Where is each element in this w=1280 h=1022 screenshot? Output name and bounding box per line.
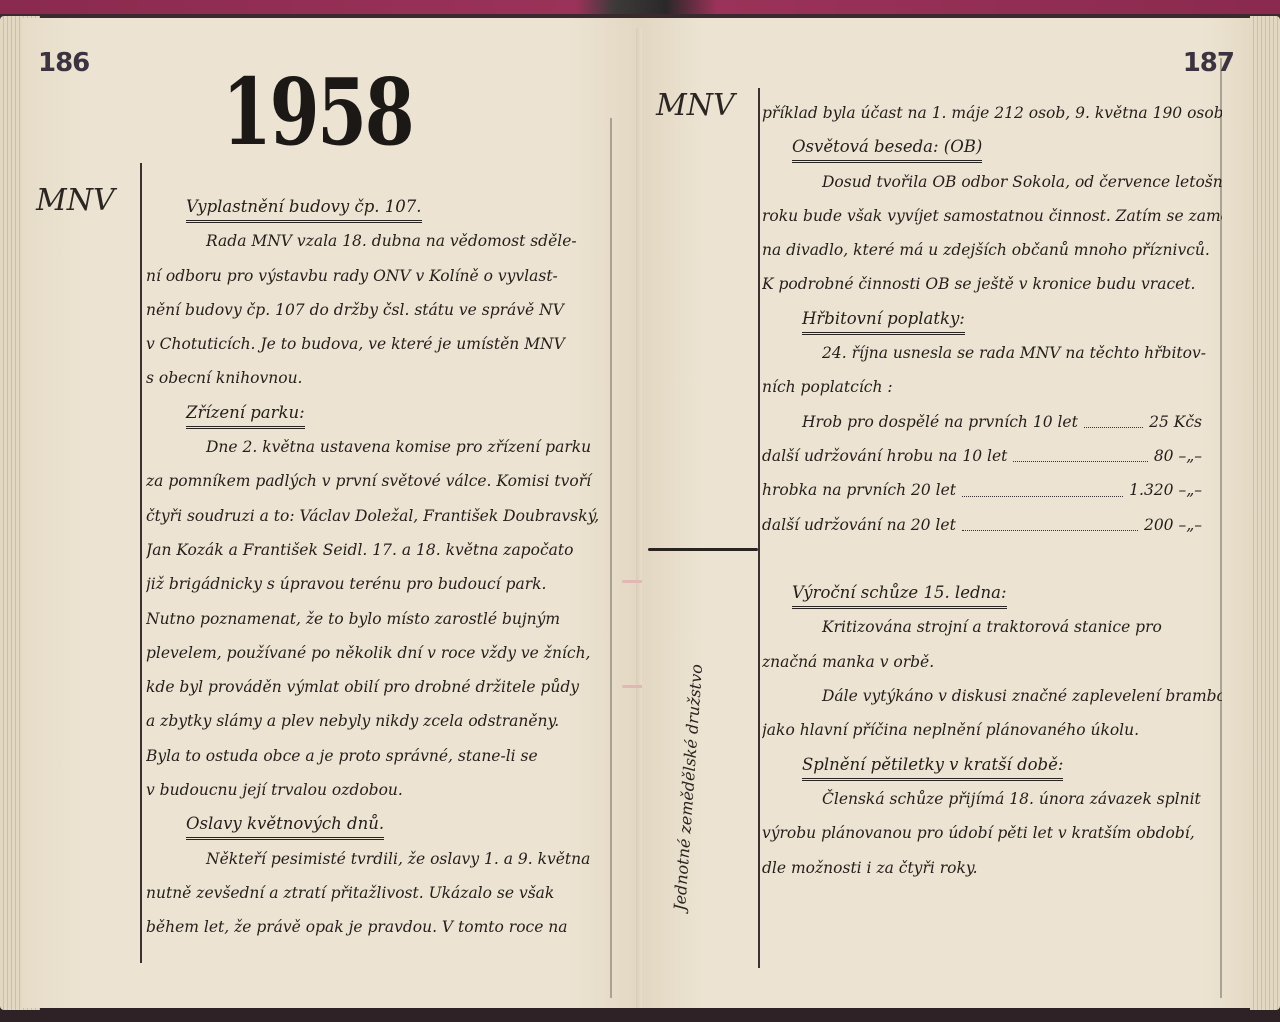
page-number-right: 187 [1183, 48, 1234, 78]
leader-dots [1084, 405, 1143, 428]
text-line: ních poplatcích : [762, 370, 1222, 404]
margin-label-mnv: MNV [36, 183, 115, 218]
text-line: v Chotuticích. Je to budova, ve které je… [146, 327, 616, 361]
section-3: Oslavy květnových dnů. [146, 807, 616, 841]
text-line: dle možnosti i za čtyři roky. [762, 851, 1222, 885]
fee-row: Hrob pro dospělé na prvních 10 let25 Kčs [762, 405, 1202, 439]
text-line: čtyři soudruzi a to: Václav Doležal, Fra… [146, 499, 616, 533]
margin-rule [758, 88, 760, 968]
text-line: Byla to ostuda obce a je proto správné, … [146, 739, 616, 773]
text-line: příklad byla účast na 1. máje 212 osob, … [762, 96, 1222, 130]
fee-item: další udržování na 20 let [762, 508, 956, 542]
text-line: K podrobné činnosti OB se ještě v kronic… [762, 267, 1222, 301]
text-line: Nutno poznamenat, že to bylo místo zaros… [146, 602, 616, 636]
text-line: Dne 2. května ustavena komise pro zřízen… [146, 430, 616, 464]
fee-item: další udržování hrobu na 10 let [762, 439, 1007, 473]
fee-amount: 200 –„– [1144, 508, 1202, 542]
fee-row: hrobka na prvních 20 let1.320 –„– [762, 473, 1202, 507]
fee-row: další udržování na 20 let200 –„– [762, 508, 1202, 542]
text-line: 24. října usnesla se rada MNV na těchto … [762, 336, 1222, 370]
text-line: nutně zevšední a ztratí přitažlivost. Uk… [146, 876, 616, 910]
leader-dots [1013, 439, 1147, 462]
text-line: ní odboru pro výstavbu rady ONV v Kolíně… [146, 259, 616, 293]
book-cover-bottom [0, 1008, 1280, 1022]
year-heading: 1958 [222, 58, 412, 166]
left-text-column: Vyplastnění budovy čp. 107. Rada MNV vza… [146, 190, 616, 945]
section-heading: Osvětová beseda: (OB) [792, 134, 982, 163]
leader-dots [962, 508, 1138, 531]
section-heading: Vyplastnění budovy čp. 107. [186, 194, 422, 223]
right-text-column: příklad byla účast na 1. máje 212 osob, … [762, 96, 1222, 885]
fee-item: Hrob pro dospělé na prvních 10 let [802, 405, 1078, 439]
fee-amount: 80 –„– [1154, 439, 1202, 473]
text-line: kde byl prováděn výmlat obilí pro drobné… [146, 670, 616, 704]
text-line: nění budovy čp. 107 do držby čsl. státu … [146, 293, 616, 327]
margin-rule [140, 163, 142, 963]
text-line: Členská schůze přijímá 18. února závazek… [762, 782, 1222, 816]
blank-line [762, 542, 1222, 576]
text-line: roku bude však vyvíjet samostatnou činno… [762, 199, 1222, 233]
section-heading: Výroční schůze 15. ledna: [792, 580, 1007, 609]
page-number-left: 186 [38, 48, 89, 78]
margin-divider [648, 548, 758, 551]
fee-amount: 1.320 –„– [1129, 473, 1202, 507]
left-page: 186 1958 MNV Vyplastnění budovy čp. 107.… [22, 18, 642, 1008]
right-page: 187 MNV příklad byla účast na 1. máje 21… [642, 18, 1252, 1008]
section-annual-meeting: Výroční schůze 15. ledna: [762, 576, 1222, 610]
text-line: Dosud tvořila OB odbor Sokola, od červen… [762, 165, 1222, 199]
text-line: jako hlavní příčina neplnění plánovaného… [762, 713, 1222, 747]
text-line: Rada MNV vzala 18. dubna na vědomost sdě… [146, 224, 616, 258]
section-heading: Zřízení parku: [186, 400, 305, 429]
text-line: a zbytky slámy a plev nebyly nikdy zcela… [146, 704, 616, 738]
section-2: Zřízení parku: [146, 396, 616, 430]
text-line: Dále vytýkáno v diskusi značné zaplevele… [762, 679, 1222, 713]
fee-amount: 25 Kčs [1149, 405, 1202, 439]
text-line: Někteří pesimisté tvrdili, že oslavy 1. … [146, 842, 616, 876]
text-line: výrobu plánovanou pro údobí pěti let v k… [762, 816, 1222, 850]
section-heading: Hřbitovní poplatky: [802, 306, 965, 335]
text-line: značná manka v orbě. [762, 645, 1222, 679]
text-line: během let, že právě opak je pravdou. V t… [146, 910, 616, 944]
text-line: Jan Kozák a František Seidl. 17. a 18. k… [146, 533, 616, 567]
fee-row: další udržování hrobu na 10 let80 –„– [762, 439, 1202, 473]
section-heading: Oslavy květnových dnů. [186, 811, 384, 840]
text-line: s obecní knihovnou. [146, 361, 616, 395]
leader-dots [962, 473, 1123, 496]
section-heading: Splnění pětiletky v kratší době: [802, 752, 1063, 781]
section-five-year-plan: Splnění pětiletky v kratší době: [762, 748, 1222, 782]
open-chronicle-book: 186 1958 MNV Vyplastnění budovy čp. 107.… [0, 10, 1280, 1010]
fee-item: hrobka na prvních 20 let [762, 473, 956, 507]
margin-label-mnv: MNV [656, 88, 735, 123]
text-line: již brigádnicky s úpravou terénu pro bud… [146, 567, 616, 601]
text-line: na divadlo, které má u zdejších občanů m… [762, 233, 1222, 267]
text-line: za pomníkem padlých v první světové válc… [146, 464, 616, 498]
text-line: plevelem, používané po několik dní v roc… [146, 636, 616, 670]
text-line: Kritizována strojní a traktorová stanice… [762, 610, 1222, 644]
text-line: v budoucnu její trvalou ozdobou. [146, 773, 616, 807]
section-1: Vyplastnění budovy čp. 107. [146, 190, 616, 224]
section-ob: Osvětová beseda: (OB) [762, 130, 1222, 164]
section-cemetery-fees: Hřbitovní poplatky: [762, 302, 1222, 336]
page-stack-right [1250, 16, 1280, 1010]
